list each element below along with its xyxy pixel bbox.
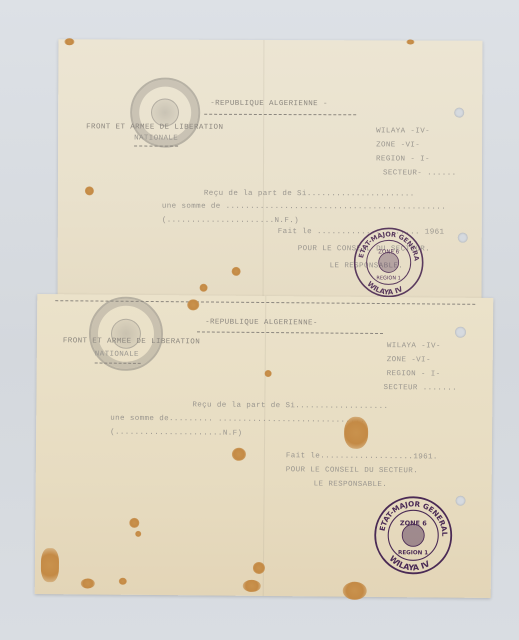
- amount-line: une somme de......... ..................…: [110, 415, 365, 425]
- faded-seal-icon: [89, 296, 164, 371]
- document-title: -REPUBLIQUE ALGERIENNE -: [210, 100, 328, 108]
- fold-crease: [263, 296, 267, 596]
- organization-underline: [95, 363, 141, 364]
- received-from-line: Reçu de la part de Si...................…: [204, 190, 415, 199]
- wilaya-label: WILAYA -IV-: [387, 342, 441, 350]
- signature-council-line: POUR LE CONSEIL DU SECTEUR.: [286, 466, 418, 475]
- svg-text:ZONE 6: ZONE 6: [378, 249, 399, 255]
- svg-text:REGION 1: REGION 1: [376, 275, 400, 281]
- receipt-sheet-top: -REPUBLIQUE ALGERIENNE - FRONT ET ARMEE …: [58, 39, 483, 298]
- amount-line: une somme de ...........................…: [162, 203, 446, 212]
- secteur-label: SECTEUR- ......: [383, 169, 457, 177]
- stain: [200, 284, 208, 292]
- organization-name: FRONT ET ARMEE DE LIBERATION: [86, 123, 223, 131]
- region-label: REGION - I-: [376, 155, 430, 163]
- received-from-line: Reçu de la part de Si...................: [192, 401, 388, 411]
- organization-underline: [134, 146, 178, 147]
- signature-responsable-line: LE RESPONSABLE.: [314, 480, 388, 489]
- date-line: Fait le...................1961.: [286, 452, 438, 461]
- secteur-label: SECTEUR .......: [383, 384, 457, 393]
- stain: [129, 518, 139, 528]
- stain: [119, 578, 127, 585]
- wilaya-stamp-icon: ETAT-MAJOR GENERAL WILAYA IV ZONE 6 REGI…: [373, 495, 454, 576]
- punch-hole: [454, 108, 464, 118]
- svg-text:ZONE 6: ZONE 6: [400, 519, 427, 527]
- stain: [343, 582, 367, 600]
- stain: [232, 267, 241, 276]
- wilaya-label: WILAYA -IV-: [376, 127, 430, 135]
- stain: [135, 531, 141, 537]
- organization-name-line2: NATIONALE: [134, 135, 178, 143]
- stain: [243, 580, 261, 592]
- svg-text:REGION 1: REGION 1: [398, 550, 428, 556]
- stain: [81, 578, 95, 588]
- stain: [64, 38, 74, 45]
- wilaya-stamp-icon: ETAT-MAJOR GENERAL WILAYA IV ZONE 6 REGI…: [353, 226, 425, 298]
- punch-hole: [455, 496, 465, 506]
- stain: [406, 39, 414, 44]
- region-label: REGION - I-: [387, 370, 441, 378]
- stain: [344, 417, 368, 449]
- receipt-sheet-bottom: -REPUBLIQUE ALGERIENNE- FRONT ET ARMEE D…: [35, 294, 494, 598]
- amount-nf-line: (......................N.F.): [162, 217, 299, 225]
- zone-label: ZONE -VI-: [376, 141, 420, 149]
- punch-hole: [458, 233, 468, 243]
- fold-crease: [263, 40, 265, 298]
- organization-name-line2: NATIONALE: [95, 351, 139, 359]
- title-underline: [197, 331, 383, 334]
- stain: [85, 186, 94, 195]
- title-underline: [204, 114, 356, 116]
- organization-name: FRONT ET ARMEE DE LIBERATION: [63, 337, 200, 346]
- stain: [265, 370, 272, 377]
- punch-hole: [455, 327, 466, 338]
- stain: [41, 548, 59, 582]
- zone-label: ZONE -VI-: [387, 356, 431, 364]
- stain: [232, 448, 246, 461]
- document-title: -REPUBLIQUE ALGERIENNE-: [205, 318, 318, 327]
- stain: [253, 562, 265, 574]
- amount-nf-line: (......................N.F): [110, 429, 242, 438]
- stain: [187, 299, 199, 310]
